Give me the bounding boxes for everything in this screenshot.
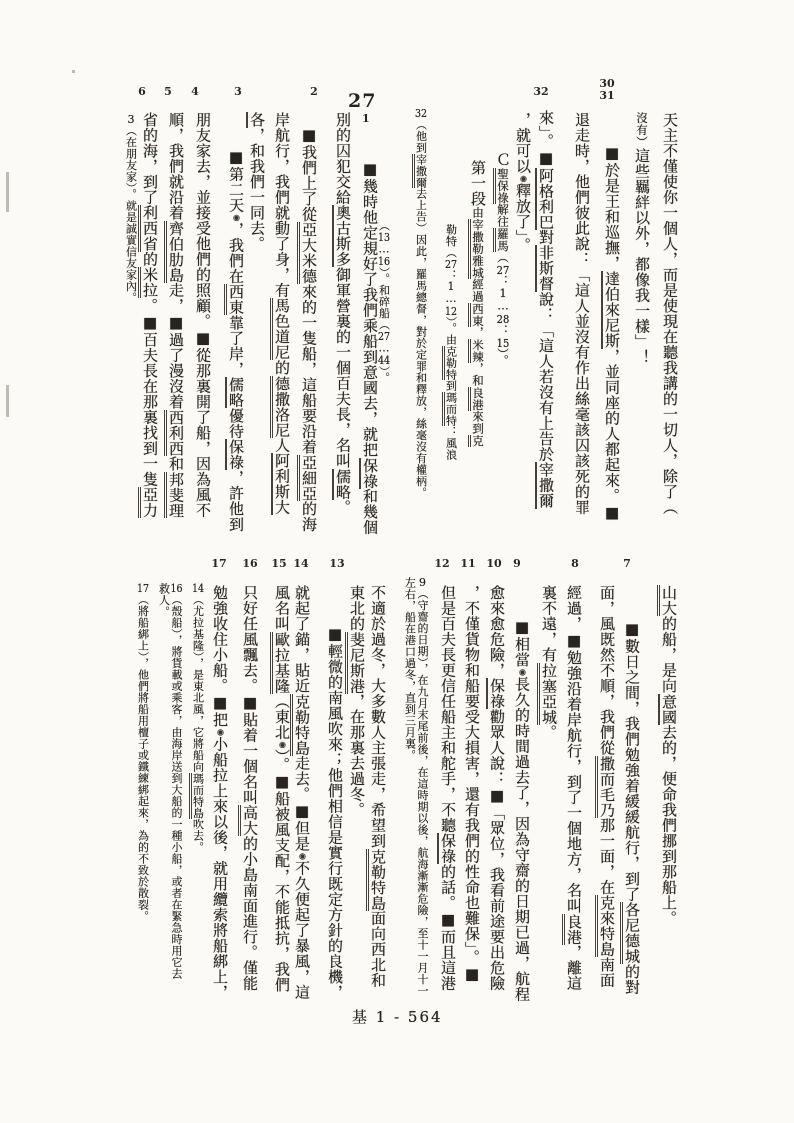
text-column: 3（在朋友家）。就是誠實信友家內。 [124,114,137,549]
place-name-mark: 聖保祿 [493,168,510,204]
small-inline-text: 聖保祿解往羅馬（27：1…28：15）。 [493,168,510,367]
text-column: ■數日之間，我們勉強着緩緩航行，到了各尼德城的對 [623,620,640,1016]
place-name-mark: 齊伯肋島 [164,221,185,283]
text-column: 愈來愈危險，保祿勸眾人說：■「眾位，我看前途要出危險 [488,585,505,1016]
chapter-first-verse-number: 1 [362,112,370,125]
text-column: 第一段由宰撒勒雅城經過西東，米辣，和良港來到克 [469,160,486,549]
place-name-mark: 邦斐理 [164,472,185,519]
person-name-mark: 非斯督 [535,245,555,292]
text-column: 只好任風飄去。■貼着一個名叫高大的小島南面進行。僅能 [241,585,258,1016]
text-column: 就起了錨，貼近克勒特島走去。■但是◉不久便起了暴風，這 [293,585,311,1016]
person-name-mark: 儒略 [332,469,352,500]
text-column: 勒特（27：1…12）。由克勒特到瑪而特：風浪 [444,224,457,549]
person-name-mark: 儒略 [225,377,245,408]
scan-mark [6,385,9,417]
person-name-mark: 達伯來尼斯 [601,271,621,349]
person-name-mark: 保祿 [359,458,379,489]
small-inline-text: 由宰撒勒雅城經過西東，米辣，和良港來到克 [468,207,485,447]
text-column: ■於是王和巡撫，達伯來尼斯，並同座的人都起來。■ [603,144,620,549]
text-column: 經過，■勉強沿着岸航行，到了一個地方，名叫良港，離這 [565,585,582,1016]
note-marker-icon: ◉ [278,740,287,749]
verse-number: 9 [513,558,521,570]
text-column: 東北的斐尼斯港，在那裏去過冬。 [348,585,365,1016]
text-column: ，就可以◉釋放了」。 [514,112,532,549]
place-name-mark: 利西省 [138,205,159,252]
text-column: ，不僅貨物和船要受大損害，還有我們的性命也難保」。■ [463,585,480,1016]
place-name-mark: 馬色道尼 [270,298,291,360]
place-name-mark: 斐尼斯港 [345,632,366,694]
text-column: 岸航行，我們就動了身，有馬色道尼的德撒洛尼人阿利斯大 [273,112,290,549]
place-name-mark: 亞力 [138,487,159,518]
verse-number: 32 [533,86,548,98]
place-name-mark: 亞細亞 [297,455,318,502]
place-name-mark: 良港 [562,914,583,945]
person-name-mark: 奧古斯多 [332,205,352,267]
place-name-mark: 米辣 [468,339,485,363]
person-name-mark: 各 [246,112,266,128]
text-column: 面，風既然不順，我們從撒而毛乃那一面，在克來特島南面 [598,585,615,1016]
text-column: ■第二天◉，我們在西東靠了岸，儒略優待保祿，許他到 [227,148,245,549]
person-name-mark: 阿格利巴 [535,168,555,230]
text-column: 32（他到宰撒爾去上告）因此，羅馬總督，對於定罪和釋放，絲毫沒有權柄。 [414,108,427,549]
place-name-mark: 德撒洛尼 [270,376,291,438]
text-column: 朋友家去，並接受他們的照顧。■從那裏開了船，因為風不 [194,112,211,549]
text-column: Ｃ聖保祿解往羅馬（27：1…28：15）。 [494,152,511,549]
place-name-mark: 撒而毛乃 [595,756,616,818]
verse-number: 10 [486,558,501,570]
text-column: 16（殼船），將貨載或乘客，由海岸送到大船的一種小船，或者在緊急時用它去救人。 [150,583,182,985]
place-name-mark: 亞大米德 [297,222,318,284]
place-name-mark: 良港 [468,387,485,411]
note-marker-icon: ◉ [519,174,528,183]
scan-mark [6,172,9,212]
place-name-mark: 高大 [238,805,259,836]
text-column: 山大的船，是向意國去的，便命我們挪到那船上。 [660,585,677,1016]
place-name-mark: 歐拉基隆 [270,632,291,694]
text-column: 別的囚犯交給奧古斯多御軍營裏的一個百夫長，名叫儒略。 [334,112,351,549]
place-name-mark: 克 [468,435,485,447]
text-column: 不適於過冬，大多數人主張走，希望到克勒特島面向西北和 [369,585,386,1016]
text-column: 省的海，到了利西省的米拉。■百夫長在那裏找到一隻亞力 [141,112,158,549]
text-column: 各，和我們一同去。 [248,112,265,549]
text-column: 但是百夫長更信任船主和舵手，不聽保祿的話。■而且這港 [439,585,456,1016]
note-marker-icon: ◉ [232,213,241,222]
place-name-mark: 瑪而特 [442,392,458,427]
place-name-mark: 西東 [224,284,245,315]
person-name-mark: 意國 [658,694,678,725]
scanned-page: 基 1 - 564 天主不僅使你一個人，而是使現在聽我講的一切人，除了（沒有）這… [0,0,794,1123]
verse-number: 12 [434,558,449,570]
place-name-mark: 西利西 [164,410,185,457]
verse-number: 3 [234,86,242,98]
text-column: 9（守齋的日期），在九月末尾前後，在這時期以後，航海漸漸危險，至十一月十一左右，… [386,577,428,1000]
place-name-mark: 克來特島 [595,895,616,957]
place-name-mark: 拉塞亞城 [537,663,558,725]
verse-number: 8 [571,558,579,570]
place-name-mark: 各尼德城 [620,902,641,964]
text-column: 裏不遠，有拉塞亞城。 [540,585,557,1016]
place-name-mark: 克勒特島 [366,849,387,911]
text-column: 勉強收住小船。■把◉小船拉上來以後，就用纜索將船綁上， [211,585,229,1016]
place-name-mark: 西東 [468,303,485,327]
place-name-mark: 瑪而特島 [189,773,205,819]
place-name-mark: 克勒特島 [290,694,311,756]
verse-number: 30 31 [599,78,614,102]
verse-number: 16 [242,558,257,570]
verse-number: 2 [310,86,318,98]
place-name-mark: 米拉 [138,267,159,298]
text-column: 14（尤拉基隆），是東北風，它將船向瑪而特島吹去。 [191,583,204,1016]
text-column: 風名叫歐拉基隆（東北◉）。■船被風支配，不能抵抗，我們 [273,585,291,1016]
verse-number: 17 [211,558,226,570]
note-marker-icon: ◉ [518,668,527,677]
small-inline-text: 沒有） [635,112,649,148]
verse-number: 5 [164,86,172,98]
text-column: ■我們上了從亞大米德來的一隻船，這船要沿着亞細亞的海 [300,126,317,549]
verse-number: 4 [191,86,199,98]
person-name-mark: 保祿 [486,678,506,709]
place-name-mark: 羅馬 [493,228,510,252]
text-column: ■相當◉長久的時間過去了，因為守齋的日期已過，航程 [513,618,531,1016]
verse-number: 15 [271,558,286,570]
person-name-mark: 保祿 [437,833,457,864]
text-column: 順，我們就沿着齊伯肋島走，■過了漫沒着西利西和邦斐理 [167,112,184,549]
place-name-mark: 山大 [657,585,678,616]
text-column: 天主不僅使你一個人，而是使現在聽我講的一切人，除了（ [661,112,678,549]
text-column: ■輕微的南風吹來；他們相信是實行既定方針的良機， [326,625,343,1016]
text-column: 退走時，他們彼此說：「這人並沒有作出絲毫該囚該死的罪 [573,112,590,549]
person-name-mark: 保祿 [225,439,245,470]
verse-number: 14 [293,558,308,570]
page-footer: 基 1 - 564 [352,1006,443,1027]
verse-number: 6 [138,86,146,98]
person-name-mark: 宰撒爾 [535,462,555,509]
note-marker-icon: ◉ [216,728,225,737]
text-column: 17（將船綁上），他們將船用檀子或鐵練綁起來，為的不致於散裂。 [136,583,149,1016]
verse-number: 11 [460,558,475,570]
text-column: ■幾時他定規好了我們乘船到意國去，就把保祿和幾個 [361,160,378,549]
person-name-mark: 阿利斯大 [271,453,291,515]
chapter-number: 27 [348,90,376,112]
note-marker-icon: ◉ [298,852,307,861]
scan-mark [72,70,75,73]
verse-number: 13 [329,558,344,570]
place-name-mark: 克勒特 [442,346,458,381]
text-column: 來」。■阿格利巴對非斯督說：「這人若沒有上告於宰撒爾 [537,110,554,549]
place-name-mark: 宰撒勒雅城 [468,219,485,279]
place-name-mark: 宰撒爾 [412,154,428,189]
verse-number: 7 [623,558,631,570]
text-column: 沒有）這些羈絆以外，都像我一樣」！ [633,112,650,549]
